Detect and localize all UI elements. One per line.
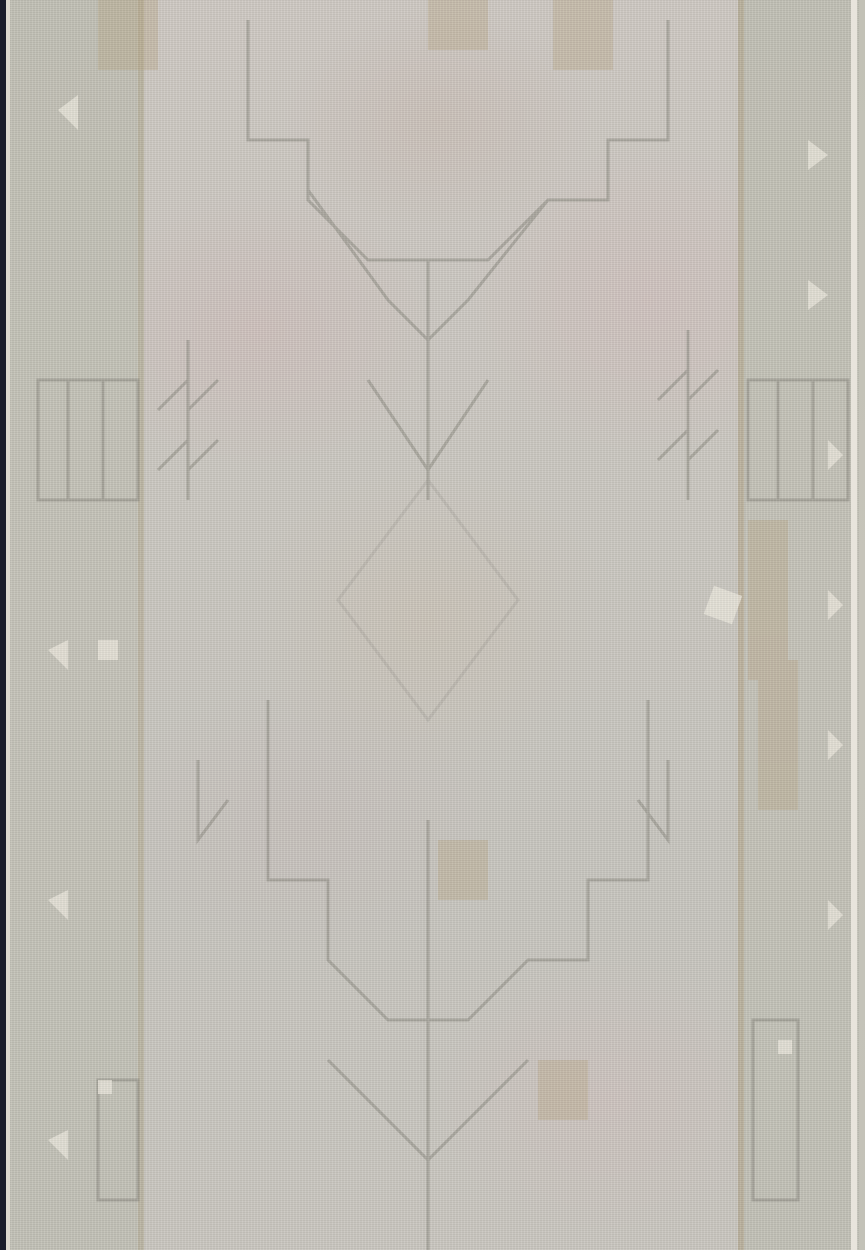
rug-pattern [8, 0, 859, 1250]
rug [8, 0, 859, 1250]
rug-edge-left [6, 0, 10, 1250]
rug-edge-right [851, 0, 857, 1250]
